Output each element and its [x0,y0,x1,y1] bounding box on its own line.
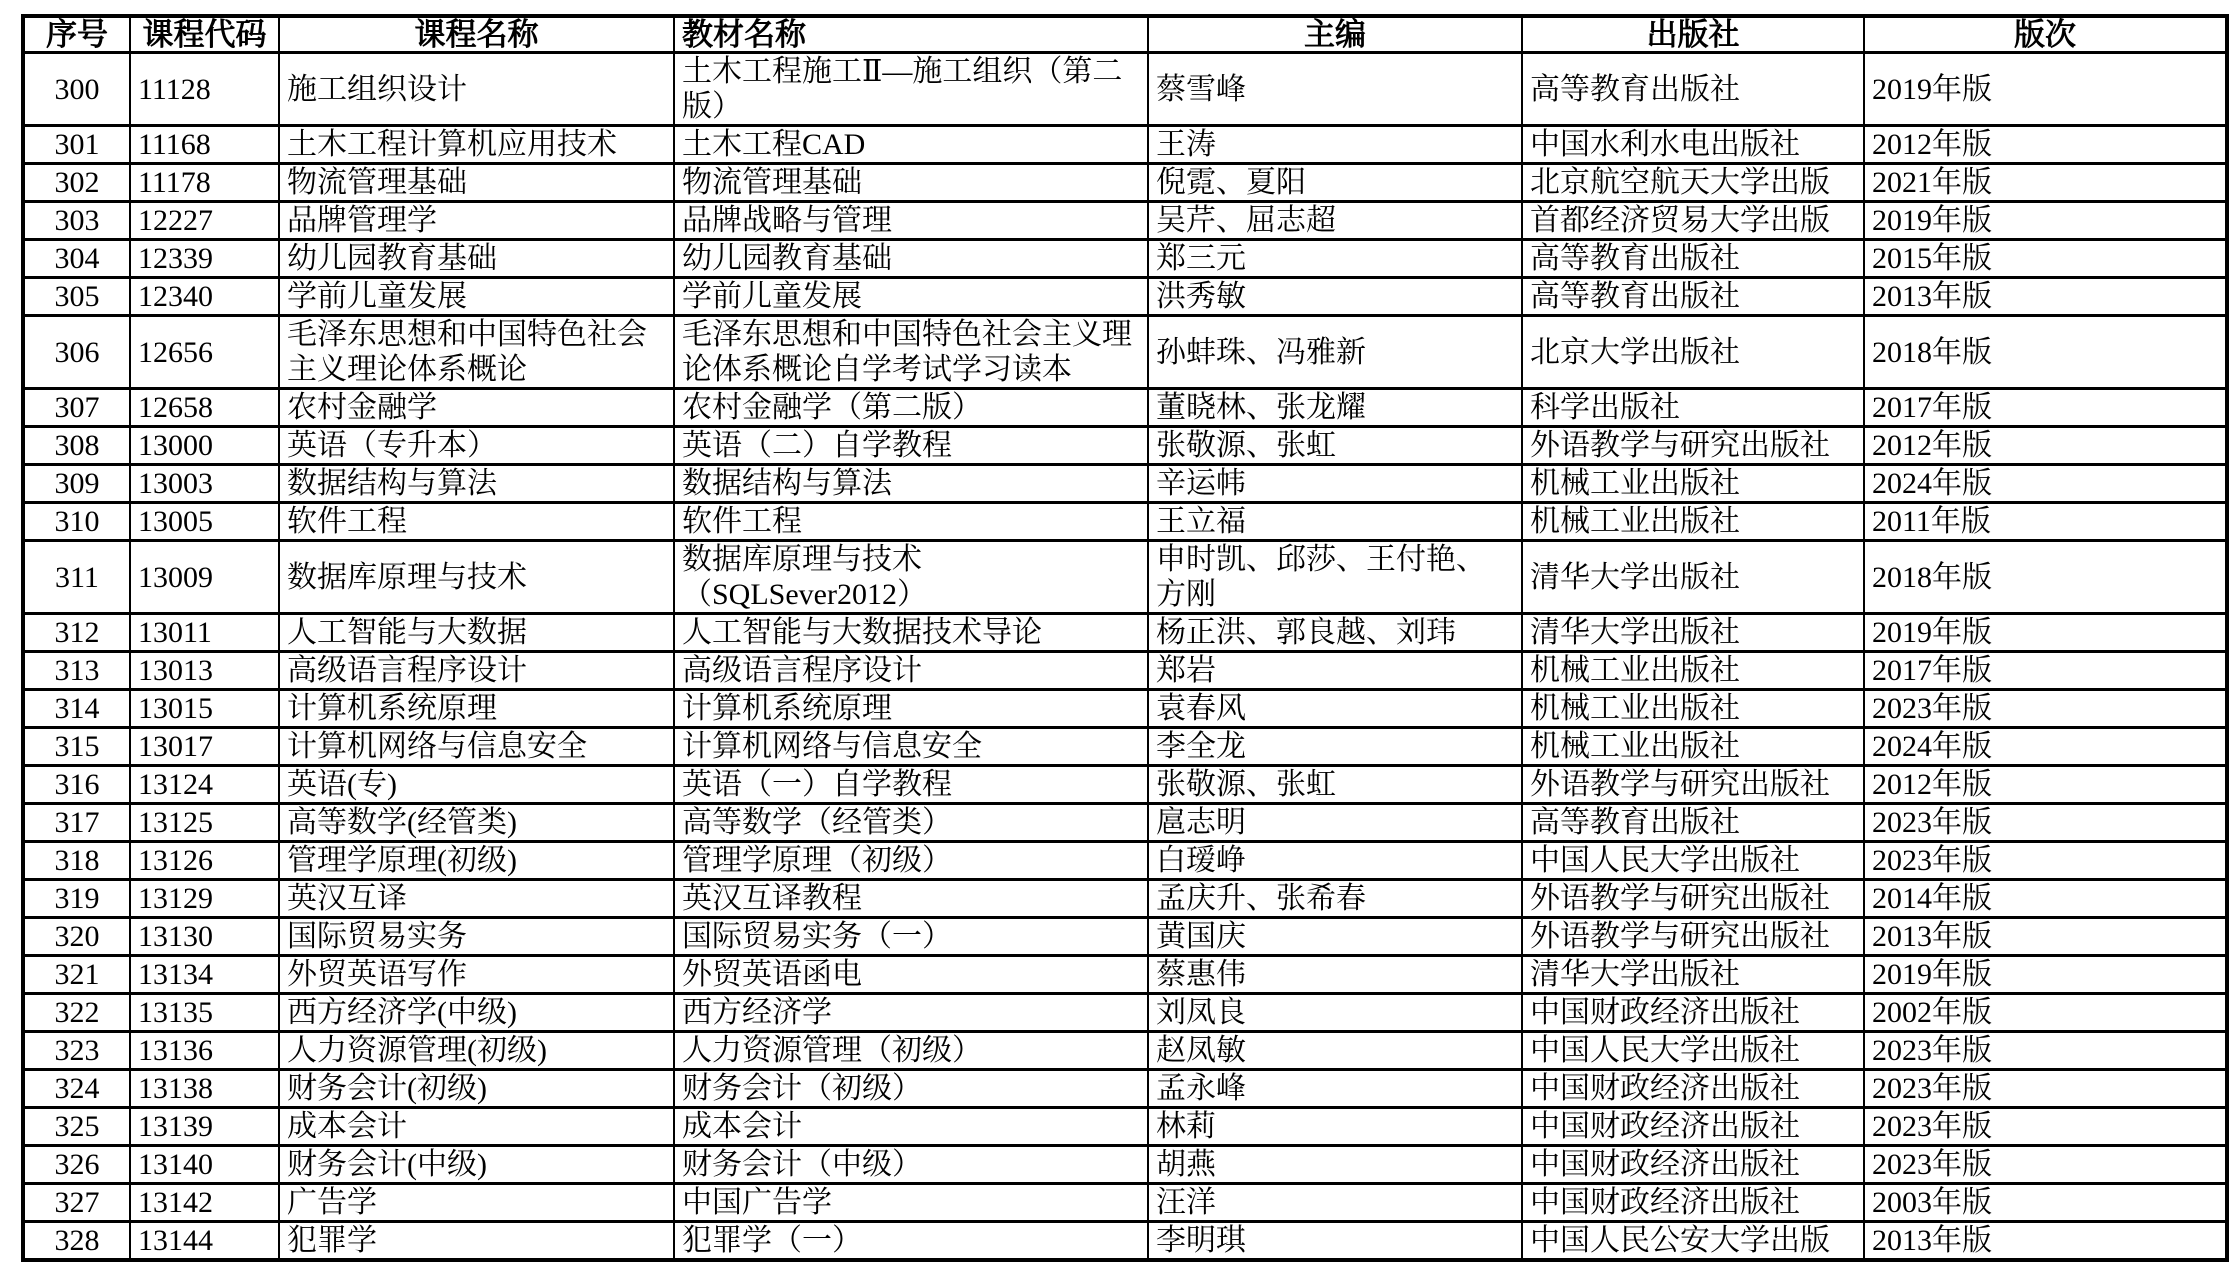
table-row: 31413015计算机系统原理计算机系统原理袁春风机械工业出版社2023年版 [23,690,2227,728]
cell-course_code: 13140 [130,1146,279,1184]
cell-seq: 319 [23,880,130,918]
cell-chief_editor: 黄国庆 [1148,918,1522,956]
cell-edition: 2021年版 [1864,164,2227,202]
cell-seq: 322 [23,994,130,1032]
cell-edition: 2023年版 [1864,1146,2227,1184]
cell-publisher: 中国人民大学出版社 [1522,1032,1864,1070]
cell-course_code: 13134 [130,956,279,994]
cell-chief_editor: 董晓林、张龙耀 [1148,389,1522,427]
cell-edition: 2002年版 [1864,994,2227,1032]
cell-publisher: 中国财政经济出版社 [1522,1184,1864,1222]
cell-chief_editor: 王涛 [1148,126,1522,164]
cell-publisher: 中国人民大学出版社 [1522,842,1864,880]
cell-publisher: 中国财政经济出版社 [1522,994,1864,1032]
cell-seq: 325 [23,1108,130,1146]
cell-edition: 2013年版 [1864,1222,2227,1261]
cell-publisher: 中国水利水电出版社 [1522,126,1864,164]
cell-textbook_name: 财务会计（中级） [674,1146,1148,1184]
cell-course_name: 高等数学(经管类) [279,804,674,842]
cell-textbook_name: 品牌战略与管理 [674,202,1148,240]
cell-course_name: 广告学 [279,1184,674,1222]
cell-seq: 327 [23,1184,130,1222]
table-row: 32613140财务会计(中级)财务会计（中级）胡燕中国财政经济出版社2023年… [23,1146,2227,1184]
cell-chief_editor: 张敬源、张虹 [1148,766,1522,804]
cell-edition: 2023年版 [1864,1108,2227,1146]
cell-chief_editor: 吴芹、屈志超 [1148,202,1522,240]
table-row: 32413138财务会计(初级)财务会计（初级）孟永峰中国财政经济出版社2023… [23,1070,2227,1108]
cell-edition: 2019年版 [1864,614,2227,652]
cell-chief_editor: 刘凤良 [1148,994,1522,1032]
cell-course_code: 13125 [130,804,279,842]
cell-publisher: 高等教育出版社 [1522,240,1864,278]
cell-publisher: 首都经济贸易大学出版 [1522,202,1864,240]
cell-edition: 2023年版 [1864,1070,2227,1108]
cell-edition: 2018年版 [1864,316,2227,389]
cell-textbook_name: 英语（一）自学教程 [674,766,1148,804]
cell-seq: 316 [23,766,130,804]
cell-course_code: 11168 [130,126,279,164]
cell-course_code: 13124 [130,766,279,804]
header-seq: 序号 [23,16,130,53]
cell-textbook_name: 成本会计 [674,1108,1148,1146]
cell-publisher: 清华大学出版社 [1522,956,1864,994]
cell-edition: 2019年版 [1864,956,2227,994]
cell-edition: 2012年版 [1864,126,2227,164]
cell-chief_editor: 洪秀敏 [1148,278,1522,316]
cell-chief_editor: 辛运帏 [1148,465,1522,503]
cell-seq: 301 [23,126,130,164]
cell-chief_editor: 白瑷峥 [1148,842,1522,880]
cell-seq: 317 [23,804,130,842]
cell-chief_editor: 倪霓、夏阳 [1148,164,1522,202]
cell-seq: 324 [23,1070,130,1108]
cell-chief_editor: 王立福 [1148,503,1522,541]
cell-edition: 2014年版 [1864,880,2227,918]
cell-course_name: 外贸英语写作 [279,956,674,994]
cell-publisher: 北京航空航天大学出版 [1522,164,1864,202]
cell-seq: 314 [23,690,130,728]
cell-textbook_name: 土木工程CAD [674,126,1148,164]
cell-textbook_name: 农村金融学（第二版） [674,389,1148,427]
course-textbook-table: 序号课程代码课程名称教材名称主编出版社版次 30011128施工组织设计土木工程… [21,14,2229,1262]
cell-chief_editor: 孟庆升、张希春 [1148,880,1522,918]
cell-edition: 2024年版 [1864,465,2227,503]
table-row: 31813126管理学原理(初级)管理学原理（初级）白瑷峥中国人民大学出版社20… [23,842,2227,880]
cell-seq: 321 [23,956,130,994]
cell-publisher: 中国财政经济出版社 [1522,1146,1864,1184]
cell-edition: 2013年版 [1864,278,2227,316]
cell-course_code: 13139 [130,1108,279,1146]
cell-course_name: 土木工程计算机应用技术 [279,126,674,164]
table-row: 32213135西方经济学(中级)西方经济学刘凤良中国财政经济出版社2002年版 [23,994,2227,1032]
cell-course_code: 13005 [130,503,279,541]
table-row: 31313013高级语言程序设计高级语言程序设计郑岩机械工业出版社2017年版 [23,652,2227,690]
cell-course_code: 12340 [130,278,279,316]
cell-chief_editor: 孙蚌珠、冯雅新 [1148,316,1522,389]
cell-publisher: 科学出版社 [1522,389,1864,427]
cell-course_code: 11128 [130,53,279,126]
cell-course_name: 国际贸易实务 [279,918,674,956]
cell-seq: 309 [23,465,130,503]
table-row: 31213011人工智能与大数据人工智能与大数据技术导论杨正洪、郭良越、刘玮清华… [23,614,2227,652]
cell-chief_editor: 张敬源、张虹 [1148,427,1522,465]
cell-seq: 312 [23,614,130,652]
table-row: 31913129英汉互译英汉互译教程孟庆升、张希春外语教学与研究出版社2014年… [23,880,2227,918]
cell-textbook_name: 英语（二）自学教程 [674,427,1148,465]
cell-course_code: 12227 [130,202,279,240]
cell-textbook_name: 英汉互译教程 [674,880,1148,918]
table-row: 32113134外贸英语写作外贸英语函电蔡惠伟清华大学出版社2019年版 [23,956,2227,994]
cell-seq: 303 [23,202,130,240]
cell-publisher: 清华大学出版社 [1522,614,1864,652]
cell-chief_editor: 蔡惠伟 [1148,956,1522,994]
cell-edition: 2019年版 [1864,53,2227,126]
cell-course_name: 数据结构与算法 [279,465,674,503]
cell-course_name: 计算机系统原理 [279,690,674,728]
cell-course_code: 12658 [130,389,279,427]
cell-seq: 308 [23,427,130,465]
cell-textbook_name: 人力资源管理（初级） [674,1032,1148,1070]
cell-course_code: 13000 [130,427,279,465]
header-row: 序号课程代码课程名称教材名称主编出版社版次 [23,16,2227,53]
cell-course_code: 13017 [130,728,279,766]
cell-course_name: 人工智能与大数据 [279,614,674,652]
cell-course_code: 13011 [130,614,279,652]
cell-publisher: 外语教学与研究出版社 [1522,427,1864,465]
cell-seq: 313 [23,652,130,690]
cell-edition: 2023年版 [1864,690,2227,728]
table-row: 30111168土木工程计算机应用技术土木工程CAD王涛中国水利水电出版社201… [23,126,2227,164]
cell-chief_editor: 林莉 [1148,1108,1522,1146]
cell-textbook_name: 软件工程 [674,503,1148,541]
table-row: 30412339幼儿园教育基础幼儿园教育基础郑三元高等教育出版社2015年版 [23,240,2227,278]
cell-textbook_name: 西方经济学 [674,994,1148,1032]
cell-course_code: 13015 [130,690,279,728]
cell-edition: 2019年版 [1864,202,2227,240]
table-row: 30512340学前儿童发展学前儿童发展洪秀敏高等教育出版社2013年版 [23,278,2227,316]
cell-seq: 318 [23,842,130,880]
cell-publisher: 机械工业出版社 [1522,465,1864,503]
cell-publisher: 中国人民公安大学出版 [1522,1222,1864,1261]
table-row: 30712658农村金融学农村金融学（第二版）董晓林、张龙耀科学出版社2017年… [23,389,2227,427]
cell-chief_editor: 汪洋 [1148,1184,1522,1222]
cell-seq: 306 [23,316,130,389]
cell-edition: 2017年版 [1864,652,2227,690]
cell-seq: 310 [23,503,130,541]
cell-course_code: 13130 [130,918,279,956]
cell-course_name: 英语(专) [279,766,674,804]
cell-chief_editor: 蔡雪峰 [1148,53,1522,126]
cell-course_name: 管理学原理(初级) [279,842,674,880]
cell-chief_editor: 袁春风 [1148,690,1522,728]
header-course_code: 课程代码 [130,16,279,53]
cell-publisher: 北京大学出版社 [1522,316,1864,389]
cell-edition: 2012年版 [1864,766,2227,804]
cell-chief_editor: 郑岩 [1148,652,1522,690]
cell-textbook_name: 毛泽东思想和中国特色社会主义理 论体系概论自学考试学习读本 [674,316,1148,389]
cell-course_name: 施工组织设计 [279,53,674,126]
cell-course_code: 12656 [130,316,279,389]
cell-chief_editor: 郑三元 [1148,240,1522,278]
cell-course_name: 人力资源管理(初级) [279,1032,674,1070]
cell-course_code: 13135 [130,994,279,1032]
cell-course_name: 幼儿园教育基础 [279,240,674,278]
cell-edition: 2023年版 [1864,842,2227,880]
cell-edition: 2018年版 [1864,541,2227,614]
table-row: 31713125高等数学(经管类)高等数学（经管类）扈志明高等教育出版社2023… [23,804,2227,842]
cell-textbook_name: 数据库原理与技术 （SQLSever2012） [674,541,1148,614]
cell-chief_editor: 孟永峰 [1148,1070,1522,1108]
cell-textbook_name: 高级语言程序设计 [674,652,1148,690]
table-row: 30312227品牌管理学品牌战略与管理吴芹、屈志超首都经济贸易大学出版2019… [23,202,2227,240]
cell-publisher: 高等教育出版社 [1522,804,1864,842]
cell-textbook_name: 物流管理基础 [674,164,1148,202]
cell-course_name: 财务会计(中级) [279,1146,674,1184]
cell-edition: 2015年版 [1864,240,2227,278]
cell-publisher: 高等教育出版社 [1522,53,1864,126]
cell-textbook_name: 高等数学（经管类） [674,804,1148,842]
cell-course_name: 高级语言程序设计 [279,652,674,690]
cell-seq: 305 [23,278,130,316]
table-row: 30813000英语（专升本）英语（二）自学教程张敬源、张虹外语教学与研究出版社… [23,427,2227,465]
cell-publisher: 机械工业出版社 [1522,503,1864,541]
cell-course_name: 英语（专升本） [279,427,674,465]
cell-course_name: 计算机网络与信息安全 [279,728,674,766]
cell-publisher: 机械工业出版社 [1522,728,1864,766]
cell-textbook_name: 计算机网络与信息安全 [674,728,1148,766]
table-row: 30612656毛泽东思想和中国特色社会 主义理论体系概论毛泽东思想和中国特色社… [23,316,2227,389]
cell-seq: 326 [23,1146,130,1184]
cell-textbook_name: 人工智能与大数据技术导论 [674,614,1148,652]
cell-seq: 307 [23,389,130,427]
cell-course_name: 农村金融学 [279,389,674,427]
table-body: 30011128施工组织设计土木工程施工Ⅱ—施工组织（第二 版）蔡雪峰高等教育出… [23,53,2227,1261]
table-row: 32513139成本会计成本会计林莉中国财政经济出版社2023年版 [23,1108,2227,1146]
cell-seq: 302 [23,164,130,202]
cell-publisher: 中国财政经济出版社 [1522,1108,1864,1146]
cell-edition: 2023年版 [1864,804,2227,842]
cell-seq: 315 [23,728,130,766]
cell-course_code: 13013 [130,652,279,690]
cell-course_code: 12339 [130,240,279,278]
cell-course_name: 财务会计(初级) [279,1070,674,1108]
cell-edition: 2013年版 [1864,918,2227,956]
cell-course_code: 11178 [130,164,279,202]
cell-chief_editor: 申时凯、邱莎、王付艳、 方刚 [1148,541,1522,614]
cell-publisher: 外语教学与研究出版社 [1522,918,1864,956]
cell-course_name: 西方经济学(中级) [279,994,674,1032]
table-row: 30211178物流管理基础物流管理基础倪霓、夏阳北京航空航天大学出版2021年… [23,164,2227,202]
cell-chief_editor: 赵凤敏 [1148,1032,1522,1070]
table-row: 31113009数据库原理与技术数据库原理与技术 （SQLSever2012）申… [23,541,2227,614]
header-textbook_name: 教材名称 [674,16,1148,53]
cell-publisher: 机械工业出版社 [1522,690,1864,728]
table-row: 32713142广告学中国广告学汪洋中国财政经济出版社2003年版 [23,1184,2227,1222]
cell-seq: 320 [23,918,130,956]
cell-course_name: 犯罪学 [279,1222,674,1261]
cell-chief_editor: 李明琪 [1148,1222,1522,1261]
cell-course_code: 13129 [130,880,279,918]
table-row: 32813144犯罪学犯罪学（一）李明琪中国人民公安大学出版2013年版 [23,1222,2227,1261]
cell-textbook_name: 中国广告学 [674,1184,1148,1222]
cell-course_code: 13126 [130,842,279,880]
cell-publisher: 外语教学与研究出版社 [1522,766,1864,804]
cell-course_code: 13144 [130,1222,279,1261]
cell-edition: 2017年版 [1864,389,2227,427]
cell-publisher: 外语教学与研究出版社 [1522,880,1864,918]
cell-course_name: 成本会计 [279,1108,674,1146]
cell-edition: 2024年版 [1864,728,2227,766]
cell-seq: 328 [23,1222,130,1261]
cell-seq: 300 [23,53,130,126]
cell-textbook_name: 计算机系统原理 [674,690,1148,728]
cell-edition: 2003年版 [1864,1184,2227,1222]
cell-textbook_name: 管理学原理（初级） [674,842,1148,880]
cell-chief_editor: 杨正洪、郭良越、刘玮 [1148,614,1522,652]
table-row: 31013005软件工程软件工程王立福机械工业出版社2011年版 [23,503,2227,541]
cell-textbook_name: 土木工程施工Ⅱ—施工组织（第二 版） [674,53,1148,126]
cell-course_name: 英汉互译 [279,880,674,918]
cell-course_code: 13142 [130,1184,279,1222]
table-row: 31613124英语(专)英语（一）自学教程张敬源、张虹外语教学与研究出版社20… [23,766,2227,804]
cell-course_name: 软件工程 [279,503,674,541]
cell-course_code: 13009 [130,541,279,614]
table-row: 30913003数据结构与算法数据结构与算法辛运帏机械工业出版社2024年版 [23,465,2227,503]
table-row: 32313136人力资源管理(初级)人力资源管理（初级）赵凤敏中国人民大学出版社… [23,1032,2227,1070]
cell-textbook_name: 国际贸易实务（一） [674,918,1148,956]
cell-chief_editor: 李全龙 [1148,728,1522,766]
cell-publisher: 机械工业出版社 [1522,652,1864,690]
cell-course_code: 13003 [130,465,279,503]
table-row: 32013130国际贸易实务国际贸易实务（一）黄国庆外语教学与研究出版社2013… [23,918,2227,956]
header-course_name: 课程名称 [279,16,674,53]
cell-course_name: 毛泽东思想和中国特色社会 主义理论体系概论 [279,316,674,389]
cell-edition: 2011年版 [1864,503,2227,541]
table-row: 31513017计算机网络与信息安全计算机网络与信息安全李全龙机械工业出版社20… [23,728,2227,766]
cell-chief_editor: 胡燕 [1148,1146,1522,1184]
cell-course_code: 13136 [130,1032,279,1070]
cell-seq: 304 [23,240,130,278]
cell-textbook_name: 犯罪学（一） [674,1222,1148,1261]
cell-textbook_name: 外贸英语函电 [674,956,1148,994]
cell-course_code: 13138 [130,1070,279,1108]
cell-publisher: 中国财政经济出版社 [1522,1070,1864,1108]
header-edition: 版次 [1864,16,2227,53]
cell-course_name: 品牌管理学 [279,202,674,240]
cell-seq: 323 [23,1032,130,1070]
cell-textbook_name: 幼儿园教育基础 [674,240,1148,278]
cell-seq: 311 [23,541,130,614]
cell-course_name: 学前儿童发展 [279,278,674,316]
cell-course_name: 物流管理基础 [279,164,674,202]
cell-chief_editor: 扈志明 [1148,804,1522,842]
cell-textbook_name: 数据结构与算法 [674,465,1148,503]
table-row: 30011128施工组织设计土木工程施工Ⅱ—施工组织（第二 版）蔡雪峰高等教育出… [23,53,2227,126]
cell-course_name: 数据库原理与技术 [279,541,674,614]
cell-publisher: 清华大学出版社 [1522,541,1864,614]
cell-textbook_name: 财务会计（初级） [674,1070,1148,1108]
cell-edition: 2012年版 [1864,427,2227,465]
header-chief_editor: 主编 [1148,16,1522,53]
cell-edition: 2023年版 [1864,1032,2227,1070]
cell-textbook_name: 学前儿童发展 [674,278,1148,316]
cell-publisher: 高等教育出版社 [1522,278,1864,316]
header-publisher: 出版社 [1522,16,1864,53]
